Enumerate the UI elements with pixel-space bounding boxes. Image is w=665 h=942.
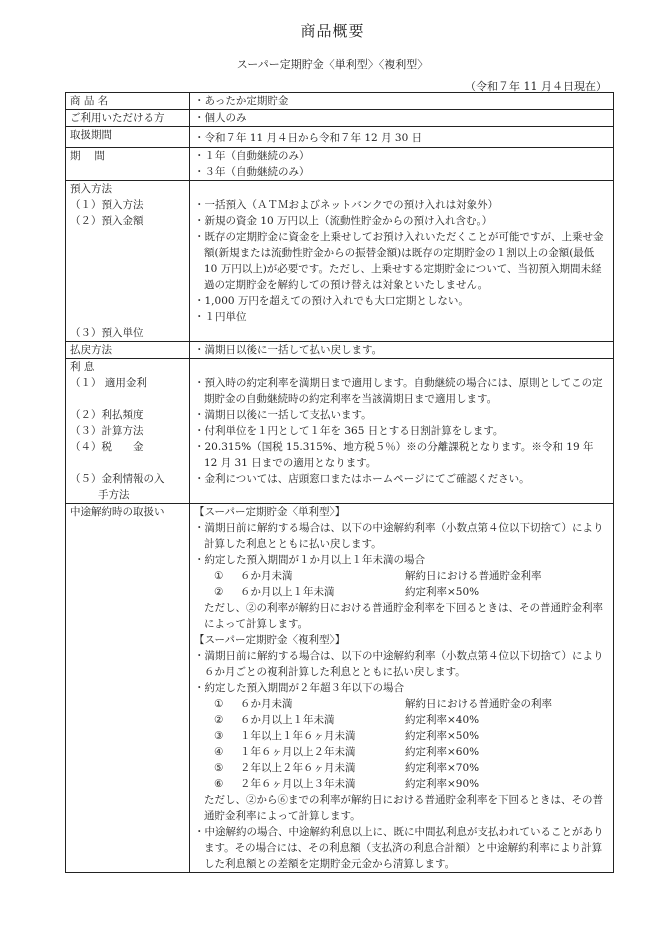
tier-rate: 約定利率×60% — [405, 744, 479, 760]
compound-bullet-2: ・約定した預入期間が２年超３年以下の場合 — [194, 680, 610, 696]
compound-note: ただし、②から⑥までの利率が解約日における普通貯金利率を下回るときは、その普通貯… — [194, 792, 610, 824]
label-deposit: 預入方法 （１）預入方法 （２）預入金額 （３）預入単位 — [66, 181, 190, 342]
value-deposit: ・一括預入（ＡＴＭおよびネットバンクでの預け入れは対象外） ・新規の資金 10 … — [190, 181, 614, 342]
simple-bullet-2: ・約定した預入期間が１か月以上１年未満の場合 — [194, 552, 610, 568]
label-product-name: 商 品 名 — [66, 93, 190, 110]
interest-calc-label: （３）計算方法 — [70, 423, 186, 439]
interest-heading: 利 息 — [70, 359, 186, 375]
tier-term: ２年６ヶ月以上３年未満 — [240, 776, 405, 792]
interest-tax-value: ・20.315%（国税 15.315%、地方税５％）※の分離課税となります。※令… — [194, 439, 610, 471]
simple-tier: ② ６か月以上１年未満 約定利率×50% — [194, 584, 610, 600]
label-term: 期 間 — [66, 148, 190, 181]
product-summary-table: 商 品 名 ・あったか定期貯金 ご利用いただける方 ・個人のみ 取扱期間 ・令和… — [65, 92, 614, 873]
compound-tier: ③ １年以上１年６ヶ月未満 約定利率×50% — [194, 728, 610, 744]
term-option: ・１年（自動継続のみ） — [194, 148, 610, 164]
tier-term: ６か月未満 — [240, 696, 405, 712]
tier-number: ③ — [214, 728, 240, 744]
value-interest: ・預入時の約定利率を満期日まで適用します。自動継続の場合には、原則としてこの定期… — [190, 359, 614, 504]
interest-rate-label: （１） 適用金利 — [70, 375, 186, 391]
deposit-heading: 預入方法 — [70, 181, 186, 197]
row-term: 期 間 ・１年（自動継続のみ） ・３年（自動継続のみ） — [66, 148, 614, 181]
tier-number: ④ — [214, 744, 240, 760]
tier-rate: 約定利率×50% — [405, 584, 479, 600]
compound-heading: 【スーパー定期貯金〈複利型〉】 — [194, 632, 610, 648]
compound-bullet-1: ・満期日前に解約する場合は、以下の中途解約利率（小数点第４位以下切捨て）により６… — [194, 648, 610, 680]
tier-term: ６か月以上１年未満 — [240, 584, 405, 600]
simple-tier: ① ６か月未満 解約日における普通貯金利率 — [194, 568, 610, 584]
deposit-unit-label: （３）預入単位 — [70, 325, 186, 341]
tier-term: １年以上１年６ヶ月未満 — [240, 728, 405, 744]
row-eligible: ご利用いただける方 ・個人のみ — [66, 110, 614, 127]
tier-number: ① — [214, 696, 240, 712]
page-title: 商品概要 — [0, 20, 665, 41]
tier-term: ２年以上２年６ヶ月未満 — [240, 760, 405, 776]
deposit-amount-value-2: ・既存の定期貯金に資金を上乗せしてお預け入れいただくことが可能ですが、上乗せ金額… — [194, 229, 610, 293]
row-deposit: 預入方法 （１）預入方法 （２）預入金額 （３）預入単位 ・一括預入（ＡＴＭおよ… — [66, 181, 614, 342]
row-period-offered: 取扱期間 ・令和７年 11 月４日から令和７年 12 月 30 日 — [66, 127, 614, 148]
value-period-offered: ・令和７年 11 月４日から令和７年 12 月 30 日 — [190, 127, 614, 148]
compound-bullet-3: ・中途解約の場合、中途解約利息以上に、既に中間払利息が支払われていることがありま… — [194, 824, 610, 872]
interest-info-label-2: 手方法 — [70, 487, 186, 503]
deposit-unit-value: ・１円単位 — [194, 309, 610, 325]
interest-info-label: （５）金利情報の入 — [70, 471, 186, 487]
value-repayment: ・満期日以後に一括して払い戻します。 — [190, 342, 614, 359]
compound-tier: ① ６か月未満 解約日における普通貯金の利率 — [194, 696, 610, 712]
value-eligible: ・個人のみ — [190, 110, 614, 127]
simple-heading: 【スーパー定期貯金〈単利型〉】 — [194, 504, 610, 520]
simple-bullet-1: ・満期日前に解約する場合は、以下の中途解約利率（小数点第４位以下切捨て）により計… — [194, 520, 610, 552]
value-early-cancel: 【スーパー定期貯金〈単利型〉】 ・満期日前に解約する場合は、以下の中途解約利率（… — [190, 504, 614, 873]
label-early-cancel: 中途解約時の取扱い — [66, 504, 190, 873]
label-interest: 利 息 （１） 適用金利 （２）利払頻度 （３）計算方法 （４）税 金 （５）金… — [66, 359, 190, 504]
row-repayment: 払戻方法 ・満期日以後に一括して払い戻します。 — [66, 342, 614, 359]
interest-frequency-value: ・満期日以後に一括して支払います。 — [194, 407, 610, 423]
tier-rate: 解約日における普通貯金の利率 — [405, 696, 552, 712]
label-eligible: ご利用いただける方 — [66, 110, 190, 127]
row-early-cancel: 中途解約時の取扱い 【スーパー定期貯金〈単利型〉】 ・満期日前に解約する場合は、… — [66, 504, 614, 873]
product-subtitle: スーパー定期貯金〈単利型〉〈複利型〉 — [0, 56, 665, 72]
row-interest: 利 息 （１） 適用金利 （２）利払頻度 （３）計算方法 （４）税 金 （５）金… — [66, 359, 614, 504]
deposit-method-value: ・一括預入（ＡＴＭおよびネットバンクでの預け入れは対象外） — [194, 197, 610, 213]
label-repayment: 払戻方法 — [66, 342, 190, 359]
tier-number: ⑤ — [214, 760, 240, 776]
compound-tier: ⑤ ２年以上２年６ヶ月未満 約定利率×70% — [194, 760, 610, 776]
compound-tier: ④ １年６ヶ月以上２年未満 約定利率×60% — [194, 744, 610, 760]
simple-note: ただし、②の利率が解約日における普通貯金利率を下回るときは、その普通貯金利率によ… — [194, 600, 610, 632]
deposit-amount-label: （２）預入金額 — [70, 213, 186, 229]
tier-number: ① — [214, 568, 240, 584]
deposit-amount-value-3: ・1,000 万円を超えての預け入れでも大口定期としない。 — [194, 293, 610, 309]
compound-tier: ② ６か月以上１年未満 約定利率×40% — [194, 712, 610, 728]
row-product-name: 商 品 名 ・あったか定期貯金 — [66, 93, 614, 110]
deposit-amount-value-1: ・新規の資金 10 万円以上（流動性貯金からの預け入れ含む。） — [194, 213, 610, 229]
value-product-name: ・あったか定期貯金 — [190, 93, 614, 110]
interest-info-value: ・金利については、店頭窓口またはホームページにてご確認ください。 — [194, 471, 610, 487]
interest-calc-value: ・付利単位を１円として１年を 365 日とする日割計算をします。 — [194, 423, 610, 439]
tier-number: ② — [214, 584, 240, 600]
interest-tax-label: （４）税 金 — [70, 439, 186, 455]
label-period-offered: 取扱期間 — [66, 127, 190, 148]
tier-rate: 約定利率×90% — [405, 776, 479, 792]
tier-term: １年６ヶ月以上２年未満 — [240, 744, 405, 760]
term-option: ・３年（自動継続のみ） — [194, 164, 610, 180]
interest-frequency-label: （２）利払頻度 — [70, 407, 186, 423]
tier-term: ６か月以上１年未満 — [240, 712, 405, 728]
tier-rate: 約定利率×70% — [405, 760, 479, 776]
compound-tier: ⑥ ２年６ヶ月以上３年未満 約定利率×90% — [194, 776, 610, 792]
interest-rate-value: ・預入時の約定利率を満期日まで適用します。自動継続の場合には、原則としてこの定期… — [194, 375, 610, 407]
tier-number: ② — [214, 712, 240, 728]
deposit-method-label: （１）預入方法 — [70, 197, 186, 213]
tier-number: ⑥ — [214, 776, 240, 792]
tier-rate: 解約日における普通貯金利率 — [405, 568, 542, 584]
tier-rate: 約定利率×40% — [405, 712, 479, 728]
value-term: ・１年（自動継続のみ） ・３年（自動継続のみ） — [190, 148, 614, 181]
tier-rate: 約定利率×50% — [405, 728, 479, 744]
tier-term: ６か月未満 — [240, 568, 405, 584]
